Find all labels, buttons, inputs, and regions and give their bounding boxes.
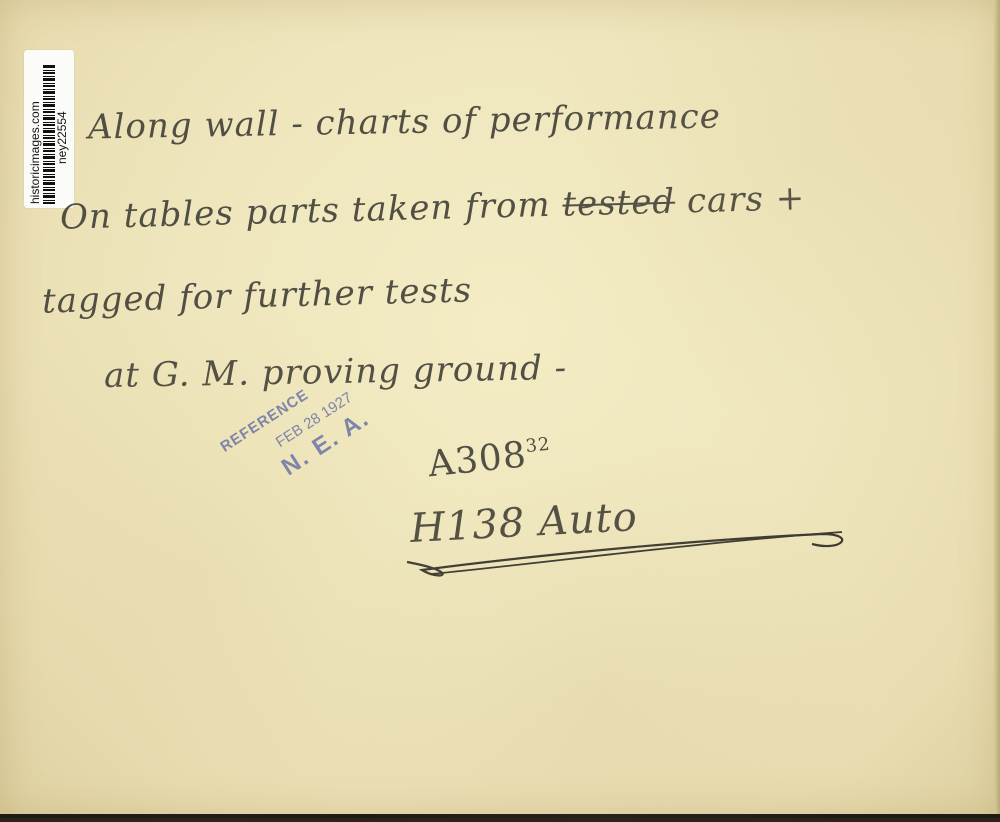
note-line-3: tagged for further tests bbox=[42, 270, 473, 321]
paper-edge bbox=[994, 0, 1000, 818]
reference-number-suffix: 32 bbox=[525, 434, 552, 457]
reference-number-main: A308 bbox=[426, 434, 528, 485]
crossout-scribble-icon bbox=[402, 522, 852, 582]
note-line-4: at G. M. proving ground - bbox=[104, 348, 568, 396]
paper-bottom-edge bbox=[0, 814, 1000, 818]
struck-word: tested bbox=[562, 182, 676, 225]
note-line-2: On tables parts taken from tested cars + bbox=[60, 178, 806, 237]
note-line-2-end: cars + bbox=[675, 178, 806, 221]
label-site: historicimages.com bbox=[29, 101, 42, 204]
note-line-2-start: On tables parts taken from bbox=[60, 185, 563, 238]
barcode-icon bbox=[43, 64, 55, 204]
barcode-label: historicimages.com ney22554 bbox=[24, 50, 74, 208]
note-line-1: Along wall - charts of performance bbox=[88, 96, 721, 147]
reference-number: A30832 bbox=[426, 432, 553, 486]
photo-back-paper: historicimages.com ney22554 Along wall -… bbox=[0, 0, 1000, 818]
label-id: ney22554 bbox=[56, 111, 69, 164]
reference-stamp: REFERENCE FEB 28 1927 N. E. A. bbox=[222, 392, 412, 517]
